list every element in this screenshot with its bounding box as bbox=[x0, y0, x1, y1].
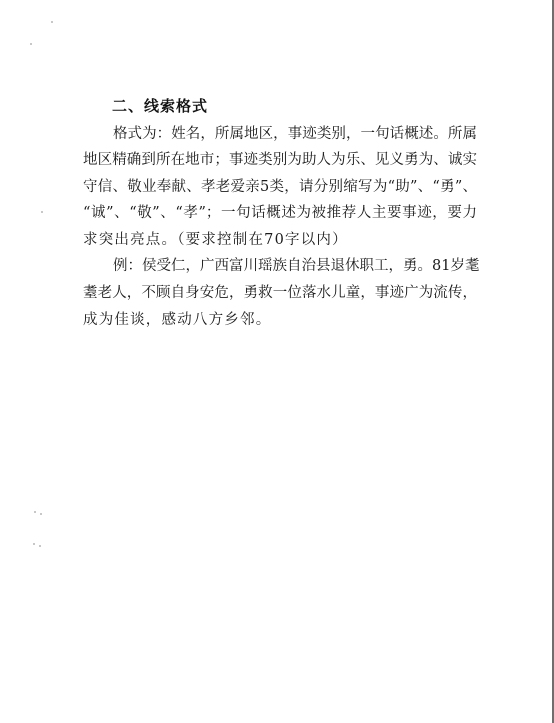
scan-speck bbox=[34, 511, 36, 513]
paragraph-line: 地区精确到所在地市；事迹类别为助人为乐、见义勇为、诚实 bbox=[83, 150, 477, 170]
paragraph-line: 耋老人，不顾自身安危，勇救一位落水儿童，事迹广为流传， bbox=[83, 283, 477, 303]
section-heading: 二、线索格式 bbox=[112, 96, 208, 116]
scan-speck bbox=[39, 545, 41, 547]
paragraph-line: 求突出亮点。（要求控制在70字以内） bbox=[83, 230, 477, 250]
document-page: 二、线索格式 格式为：姓名，所属地区，事迹类别，一句话概述。所属 地区精确到所在… bbox=[0, 0, 554, 723]
scan-speck bbox=[33, 543, 35, 545]
paragraph-line: 例：侯受仁，广西富川瑶族自治县退休职工，勇。81岁耄 bbox=[113, 256, 477, 276]
paragraph-line: 成为佳谈，感动八方乡邻。 bbox=[83, 310, 477, 330]
scan-speck bbox=[41, 211, 43, 213]
paragraph-line: 格式为：姓名，所属地区，事迹类别，一句话概述。所属 bbox=[113, 124, 477, 144]
paragraph-line: 守信、敬业奉献、孝老爱亲5类，请分别缩写为“助”、“勇”、 bbox=[83, 177, 477, 197]
paragraph-line: “诚”、“敬”、“孝”；一句话概述为被推荐人主要事迹，要力 bbox=[83, 203, 477, 223]
scan-speck bbox=[40, 513, 42, 515]
scan-speck bbox=[30, 43, 32, 45]
scan-speck bbox=[51, 21, 53, 23]
